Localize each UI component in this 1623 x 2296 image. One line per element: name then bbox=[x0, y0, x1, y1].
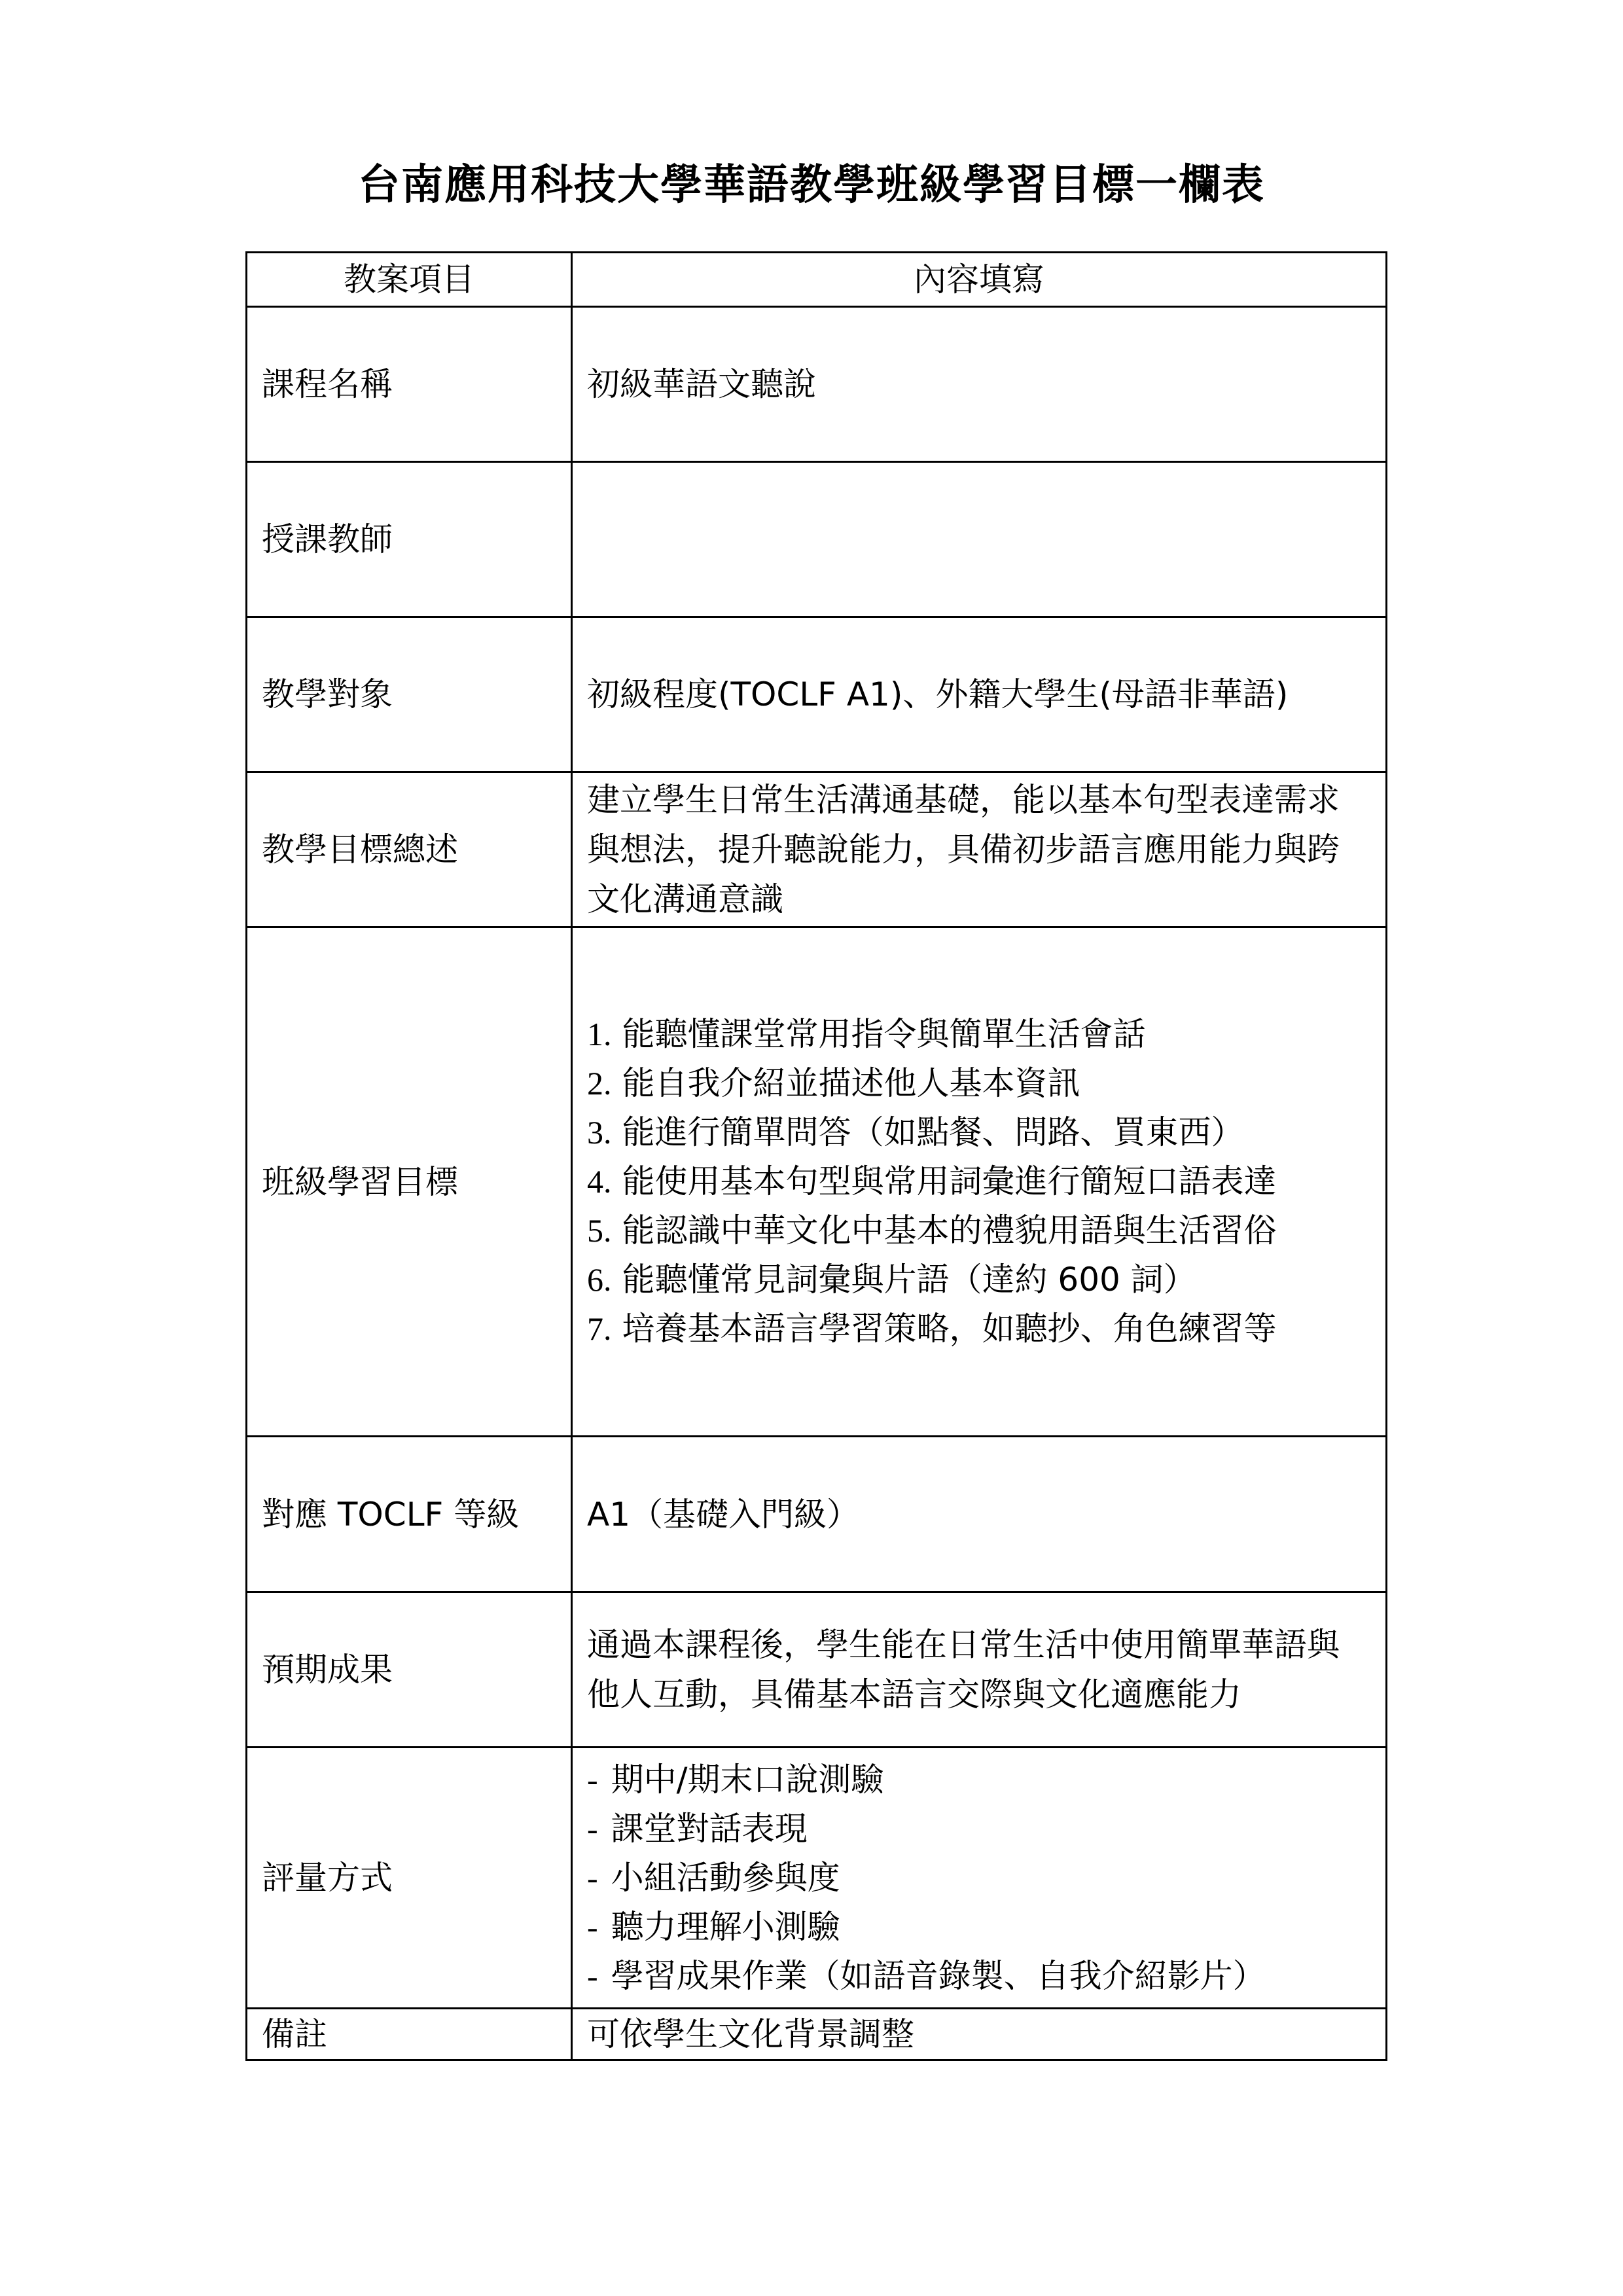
row-label: 評量方式 bbox=[247, 1748, 572, 2009]
item-number: 5. bbox=[587, 1212, 612, 1249]
row-label: 備註 bbox=[247, 2009, 572, 2060]
row-label: 班級學習目標 bbox=[247, 927, 572, 1437]
item-text: 期中/期末口說測驗 bbox=[611, 1761, 884, 1799]
item-text: 能進行簡單問答（如點餐、問路、買東西） bbox=[622, 1113, 1244, 1151]
item-text: 聽力理解小測驗 bbox=[611, 1908, 840, 1946]
list-item: 1.能聽懂課堂常用指令與簡單生活會話 bbox=[587, 1010, 1371, 1059]
table-row-notes: 備註 可依學生文化背景調整 bbox=[247, 2009, 1387, 2060]
item-number: 4. bbox=[587, 1163, 612, 1200]
item-number: 3. bbox=[587, 1114, 612, 1151]
item-text: 小組活動參與度 bbox=[611, 1859, 840, 1897]
row-label: 預期成果 bbox=[247, 1592, 572, 1748]
table-row-class-goals: 班級學習目標 1.能聽懂課堂常用指令與簡單生活會話 2.能自我介紹並描述他人基本… bbox=[247, 927, 1387, 1437]
row-label: 教學目標總述 bbox=[247, 772, 572, 927]
list-item: 4.能使用基本句型與常用詞彙進行簡短口語表達 bbox=[587, 1157, 1371, 1206]
row-label: 課程名稱 bbox=[247, 307, 572, 462]
dash-bullet-icon: - bbox=[587, 1810, 598, 1847]
list-item: -學習成果作業（如語音錄製、自我介紹影片） bbox=[587, 1952, 1371, 2001]
toclf-value: A1（基礎入門級） bbox=[572, 1437, 1387, 1592]
course-name-value: 初級華語文聽說 bbox=[572, 307, 1387, 462]
item-number: 2. bbox=[587, 1065, 612, 1102]
target-value: 初級程度(TOCLF A1)、外籍大學生(母語非華語) bbox=[572, 617, 1387, 772]
table-row-overview: 教學目標總述 建立學生日常生活溝通基礎，能以基本句型表達需求與想法，提升聽說能力… bbox=[247, 772, 1387, 927]
dash-bullet-icon: - bbox=[587, 1761, 598, 1798]
dash-bullet-icon: - bbox=[587, 1909, 598, 1945]
header-item: 教案項目 bbox=[247, 253, 572, 307]
item-text: 能聽懂常見詞彙與片語（達約 600 詞） bbox=[622, 1261, 1196, 1299]
list-item: 2.能自我介紹並描述他人基本資訊 bbox=[587, 1059, 1371, 1108]
header-content: 內容填寫 bbox=[572, 253, 1387, 307]
dash-bullet-icon: - bbox=[587, 1859, 598, 1896]
table-row-course-name: 課程名稱 初級華語文聽說 bbox=[247, 307, 1387, 462]
overview-value: 建立學生日常生活溝通基礎，能以基本句型表達需求與想法，提升聽說能力，具備初步語言… bbox=[572, 772, 1387, 927]
item-text: 能自我介紹並描述他人基本資訊 bbox=[622, 1064, 1080, 1102]
list-item: -聽力理解小測驗 bbox=[587, 1903, 1371, 1952]
list-item: -期中/期末口說測驗 bbox=[587, 1755, 1371, 1804]
item-text: 能認識中華文化中基本的禮貌用語與生活習俗 bbox=[622, 1211, 1277, 1249]
assessment-list: -期中/期末口說測驗 -課堂對話表現 -小組活動參與度 -聽力理解小測驗 -學習… bbox=[587, 1755, 1371, 2001]
item-text: 能使用基本句型與常用詞彙進行簡短口語表達 bbox=[622, 1162, 1277, 1200]
item-text: 學習成果作業（如語音錄製、自我介紹影片） bbox=[611, 1957, 1266, 1995]
table-row-outcome: 預期成果 通過本課程後，學生能在日常生活中使用簡單華語與他人互動，具備基本語言交… bbox=[247, 1592, 1387, 1748]
class-goals-list: 1.能聽懂課堂常用指令與簡單生活會話 2.能自我介紹並描述他人基本資訊 3.能進… bbox=[587, 1010, 1371, 1354]
item-text: 課堂對話表現 bbox=[611, 1810, 808, 1848]
item-number: 1. bbox=[587, 1016, 612, 1052]
list-item: 3.能進行簡單問答（如點餐、問路、買東西） bbox=[587, 1108, 1371, 1157]
assessment-cell: -期中/期末口說測驗 -課堂對話表現 -小組活動參與度 -聽力理解小測驗 -學習… bbox=[572, 1748, 1387, 2009]
lesson-plan-table: 教案項目 內容填寫 課程名稱 初級華語文聽說 授課教師 教學對象 初級程度(TO… bbox=[245, 251, 1387, 2061]
outcome-value: 通過本課程後，學生能在日常生活中使用簡單華語與他人互動，具備基本語言交際與文化適… bbox=[572, 1592, 1387, 1748]
row-label: 教學對象 bbox=[247, 617, 572, 772]
item-text: 能聽懂課堂常用指令與簡單生活會話 bbox=[622, 1015, 1146, 1053]
list-item: -小組活動參與度 bbox=[587, 1854, 1371, 1903]
item-number: 6. bbox=[587, 1261, 612, 1298]
item-text: 培養基本語言學習策略，如聽抄、角色練習等 bbox=[622, 1310, 1277, 1348]
class-goals-cell: 1.能聽懂課堂常用指令與簡單生活會話 2.能自我介紹並描述他人基本資訊 3.能進… bbox=[572, 927, 1387, 1437]
table-row-assessment: 評量方式 -期中/期末口說測驗 -課堂對話表現 -小組活動參與度 -聽力理解小測… bbox=[247, 1748, 1387, 2009]
document-title: 台南應用科技大學華語教學班級學習目標一欄表 bbox=[0, 156, 1623, 215]
row-label: 授課教師 bbox=[247, 462, 572, 617]
item-number: 7. bbox=[587, 1310, 612, 1347]
notes-value: 可依學生文化背景調整 bbox=[572, 2009, 1387, 2060]
table-row-toclf: 對應 TOCLF 等級 A1（基礎入門級） bbox=[247, 1437, 1387, 1592]
table-row-target: 教學對象 初級程度(TOCLF A1)、外籍大學生(母語非華語) bbox=[247, 617, 1387, 772]
list-item: 5.能認識中華文化中基本的禮貌用語與生活習俗 bbox=[587, 1206, 1371, 1255]
table-header-row: 教案項目 內容填寫 bbox=[247, 253, 1387, 307]
list-item: 7.培養基本語言學習策略，如聽抄、角色練習等 bbox=[587, 1304, 1371, 1354]
list-item: 6.能聽懂常見詞彙與片語（達約 600 詞） bbox=[587, 1255, 1371, 1304]
table-row-teacher: 授課教師 bbox=[247, 462, 1387, 617]
list-item: -課堂對話表現 bbox=[587, 1804, 1371, 1854]
row-label: 對應 TOCLF 等級 bbox=[247, 1437, 572, 1592]
dash-bullet-icon: - bbox=[587, 1958, 598, 1994]
teacher-value bbox=[572, 462, 1387, 617]
